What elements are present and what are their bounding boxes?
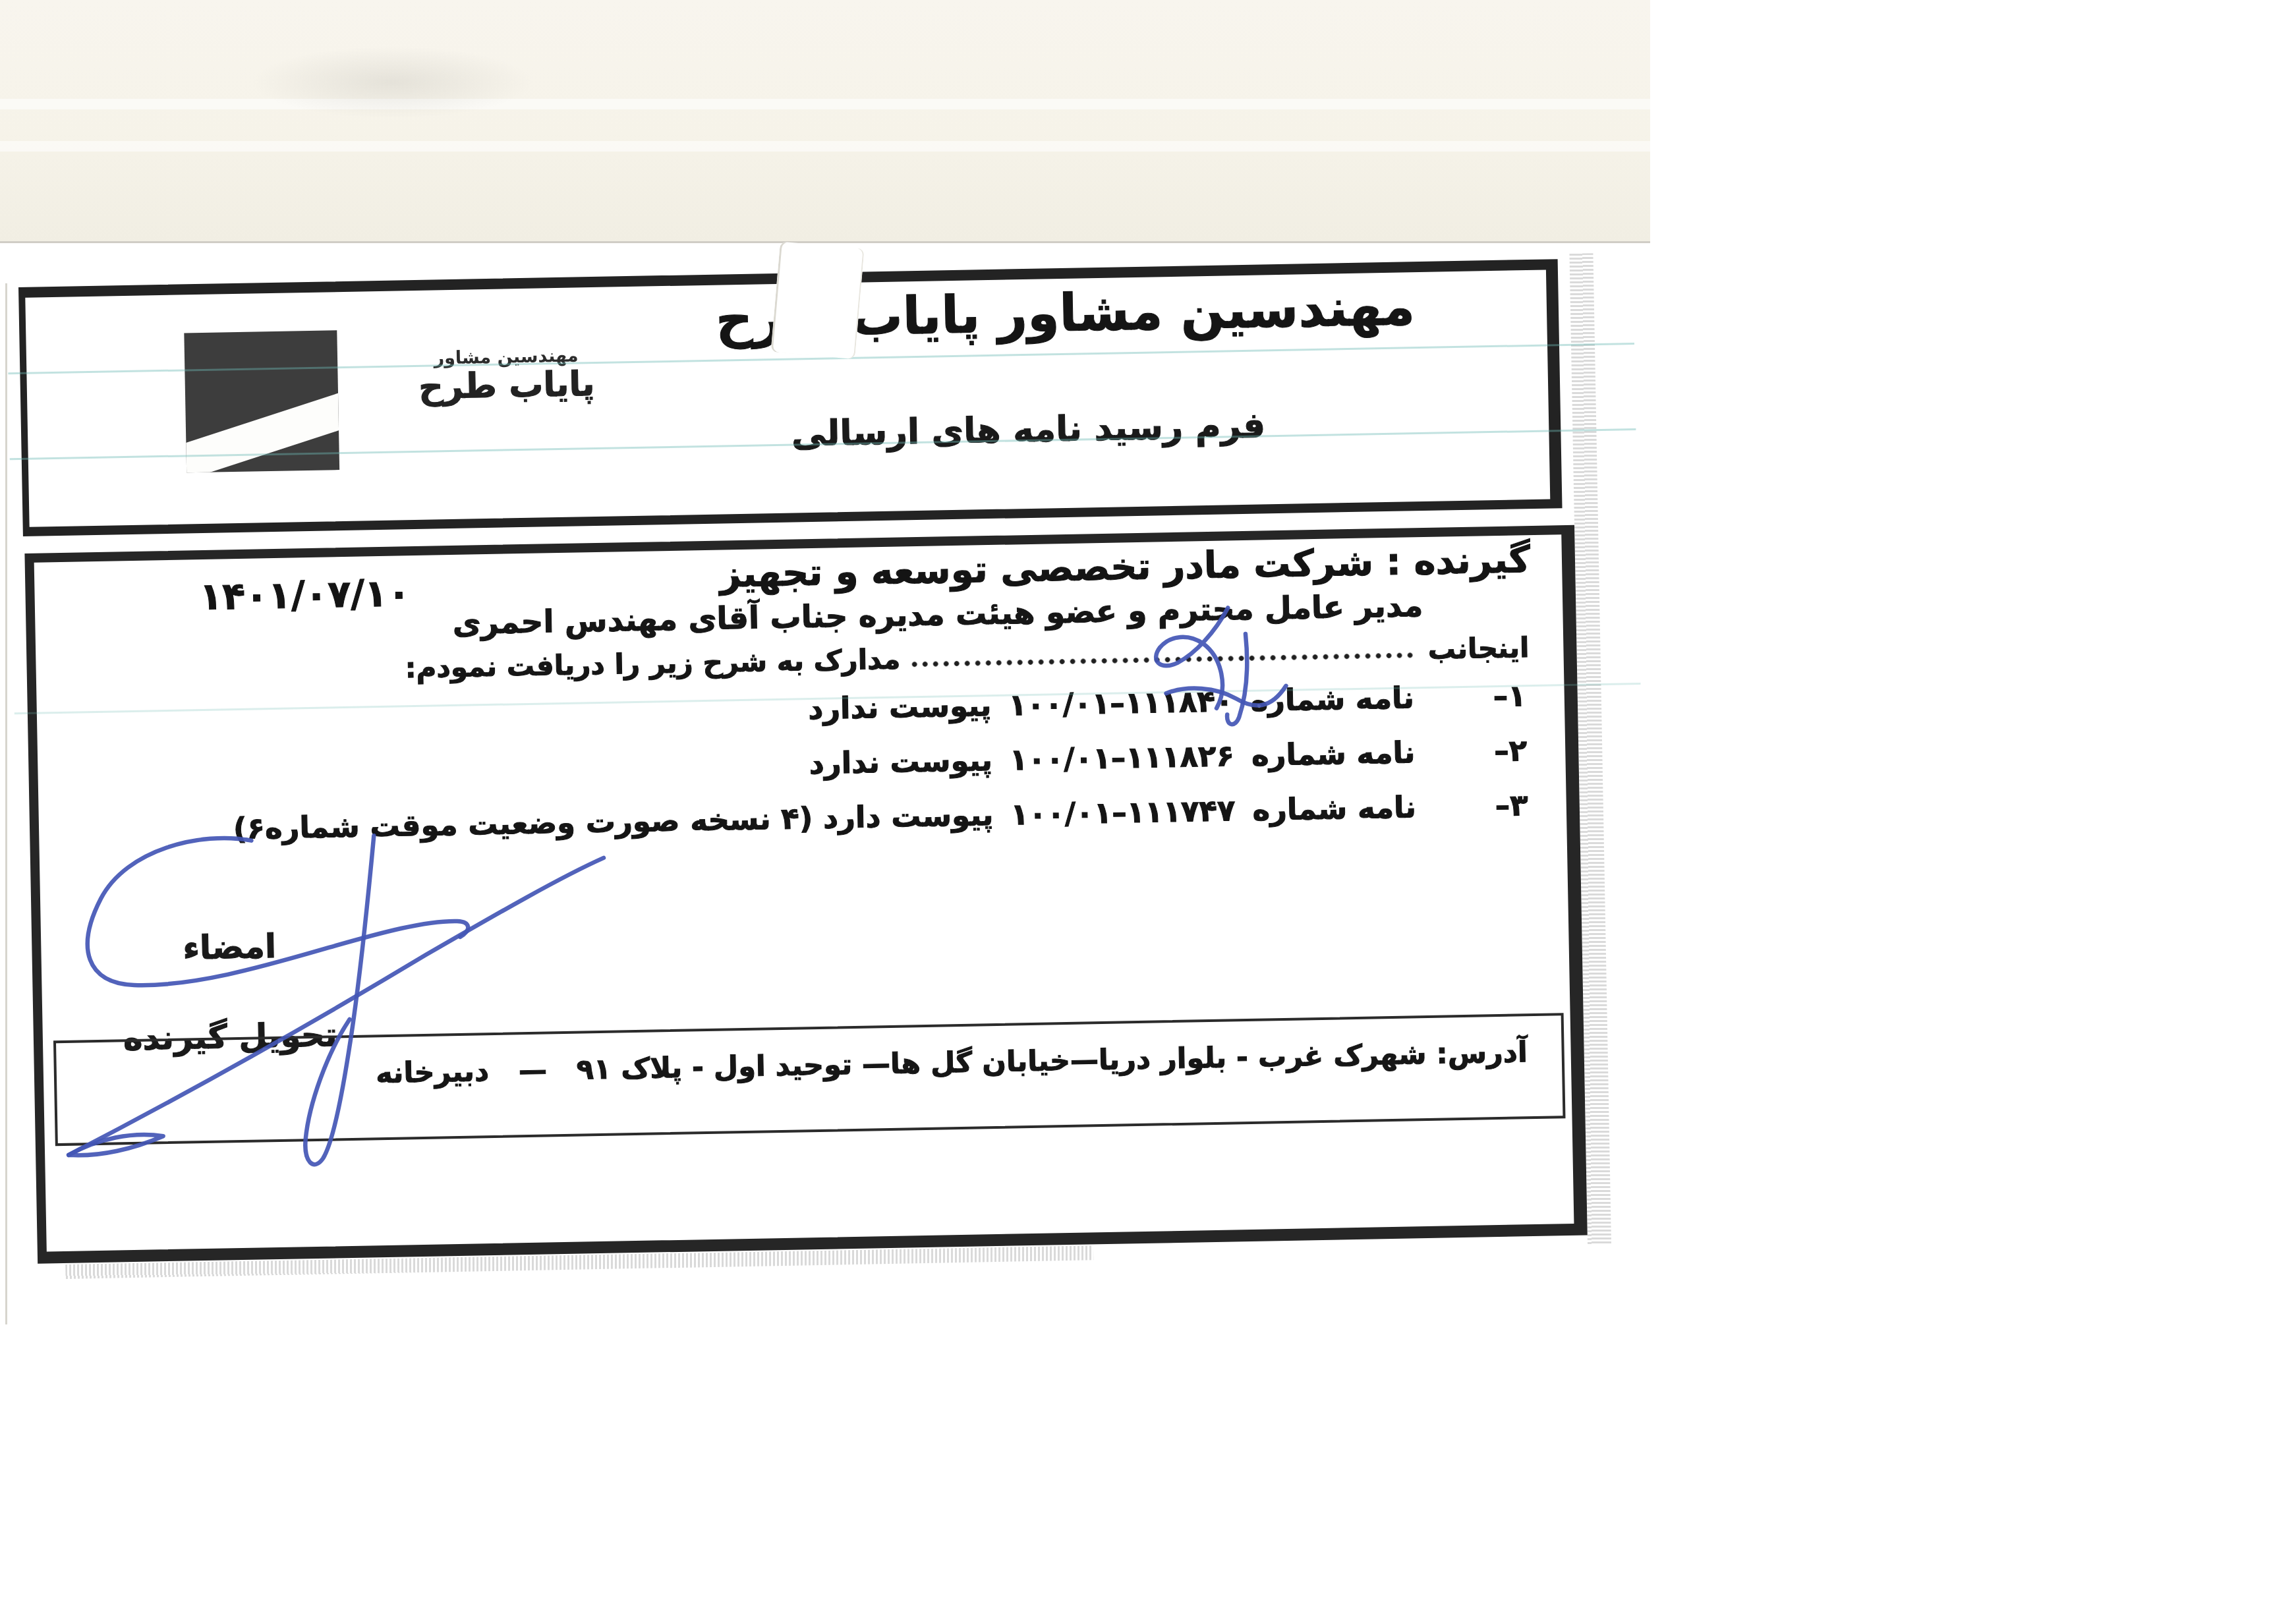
torn-paper-edge: [0, 0, 1650, 241]
attachment-status: پیوست ندارد: [809, 743, 992, 781]
letter-number: ۱۰۰/۰۱–۱۱۱۷۴۷: [1010, 793, 1236, 832]
item-label: نامه شماره: [1252, 789, 1416, 828]
item-label: نامه شماره: [1250, 680, 1414, 718]
scan-noise-blotch: [250, 46, 534, 119]
paper-streak: [0, 141, 1650, 152]
attachment-status: پیوست ندارد: [808, 688, 992, 726]
item-text: نامه شماره۱۰۰/۰۱–۱۱۱۸۴۰پیوست ندارد: [808, 680, 1415, 726]
list-item: ۳– نامه شماره۱۰۰/۰۱–۱۱۱۷۴۷پیوست دارد (۴ …: [39, 787, 1529, 849]
item-text: نامه شماره۱۰۰/۰۱–۱۱۱۷۴۷پیوست دارد (۴ نسخ…: [233, 789, 1416, 846]
attachment-status: پیوست دارد (۴ نسخه صورت وضعیت موقت شماره…: [233, 797, 993, 846]
receipt-body-box: گیرنده : شرکت مادر تخصصی توسعه و تجهیز م…: [24, 525, 1587, 1264]
logo-caption-large: پایاب طرح: [401, 366, 612, 407]
logo-caption: مهندسین مشاور پایاب طرح: [401, 345, 613, 407]
item-number: ۳–: [1476, 787, 1528, 823]
list-item: ۲– نامه شماره۱۰۰/۰۱–۱۱۱۸۲۶پیوست ندارد: [38, 733, 1528, 795]
item-number: ۱–: [1474, 678, 1526, 714]
received-letters-list: ۱– نامه شماره۱۰۰/۰۱–۱۱۱۸۴۰پیوست ندارد ۲–…: [37, 677, 1567, 849]
paper-edge-shadow: [5, 283, 7, 1324]
dotted-fill-line: [911, 651, 1418, 668]
item-number: ۲–: [1476, 733, 1528, 768]
declaration-suffix: مدارک به شرح زیر را دریافت نمودم:: [405, 642, 901, 684]
signature-label: امضاء: [183, 927, 277, 967]
letter-number: ۱۰۰/۰۱–۱۱۱۸۲۶: [1009, 738, 1234, 777]
letterhead-subtitle: فرم رسید نامه های ارسالی: [791, 405, 1265, 454]
scanned-receipt-page: مهندسین مشاور پایاب طرح مهندسین مشاور پا…: [0, 0, 2296, 1619]
item-label: نامه شماره: [1251, 735, 1415, 773]
address-text: آدرس: شهرک غرب - بلوار دریا—خیابان گل ها…: [57, 1036, 1528, 1096]
payab-tarh-logo: [184, 330, 339, 472]
logo-diagonal-stripe: [184, 384, 339, 473]
paper-streak: [0, 99, 1650, 109]
declaration-prefix: اینجانب: [1427, 631, 1529, 666]
receipt-date: ۱۴۰۱/۰۷/۱۰: [199, 571, 411, 619]
receipt-form-sheet: مهندسین مشاور پایاب طرح مهندسین مشاور پا…: [18, 258, 1665, 1328]
paper-tear-mark: [771, 242, 865, 359]
item-text: نامه شماره۱۰۰/۰۱–۱۱۱۸۲۶پیوست ندارد: [809, 735, 1416, 781]
letter-number: ۱۰۰/۰۱–۱۱۱۸۴۰: [1008, 683, 1234, 722]
